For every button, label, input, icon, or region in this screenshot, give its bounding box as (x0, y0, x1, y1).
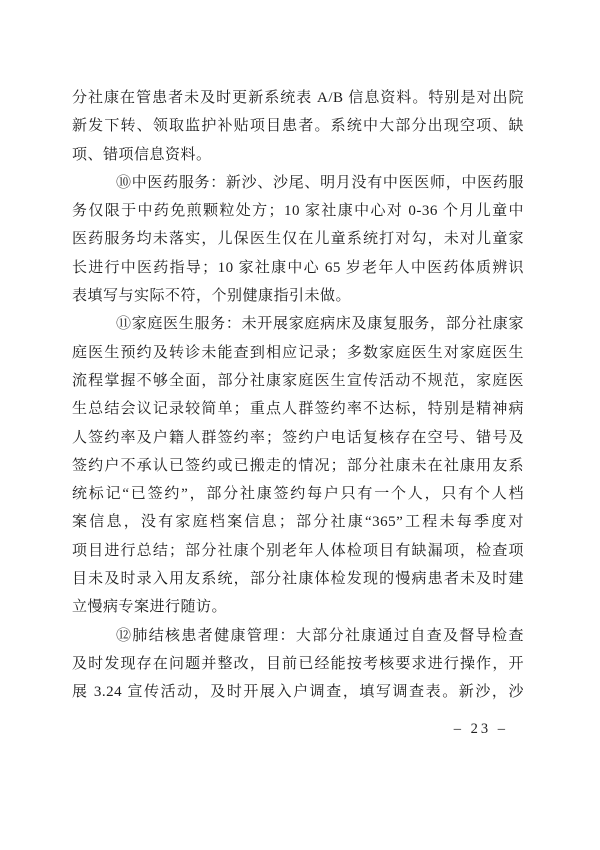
text-line: 医药服务均未落实，儿保医生仅在儿童系统打对勾，未对儿童家 (72, 225, 524, 253)
document-body: 分社康在管患者未及时更新系统表 A/B 信息资料。特别是对出院 新发下转、领取监… (72, 84, 524, 707)
text-line: 生总结会议记录较简单；重点人群签约率不达标，特别是精神病 (72, 395, 524, 423)
text-line: 流程掌握不够全面，部分社康家庭医生宣传活动不规范，家庭医 (72, 367, 524, 395)
text-line: 新发下转、领取监护补贴项目患者。系统中大部分出现空项、缺 (72, 112, 524, 140)
text-line: 表填写与实际不符，个别健康指引未做。 (72, 282, 524, 310)
page-footer: – 23 – (72, 720, 524, 738)
text-line: 展 3.24 宣传活动，及时开展入户调查，填写调查表。新沙，沙 (72, 678, 524, 706)
text-line: 目未及时录入用友系统，部分社康体检发现的慢病患者未及时建 (72, 565, 524, 593)
text-line-paragraph-start: ⑩中医药服务：新沙、沙尾、明月没有中医医师，中医药服 (72, 169, 524, 197)
text-line-paragraph-start: ⑫肺结核患者健康管理：大部分社康通过自查及督导检查 (72, 622, 524, 650)
text-line: 签约户不承认已签约或已搬走的情况；部分社康未在社康用友系 (72, 452, 524, 480)
text-line: 案信息，没有家庭档案信息；部分社康“365”工程未每季度对 (72, 508, 524, 536)
text-line: 人签约率及户籍人群签约率；签约户电话复核存在空号、错号及 (72, 424, 524, 452)
text-line: 立慢病专案进行随访。 (72, 593, 524, 621)
text-line: 长进行中医药指导；10 家社康中心 65 岁老年人中医药体质辨识 (72, 254, 524, 282)
text-line: 及时发现存在问题并整改，目前已经能按考核要求进行操作，开 (72, 650, 524, 678)
document-page: 分社康在管患者未及时更新系统表 A/B 信息资料。特别是对出院 新发下转、领取监… (0, 0, 600, 850)
page-number: – 23 – (454, 721, 508, 737)
text-line: 庭医生预约及转诊未能查到相应记录；多数家庭医生对家庭医生 (72, 339, 524, 367)
text-line: 项、错项信息资料。 (72, 141, 524, 169)
text-line-paragraph-start: ⑪家庭医生服务：未开展家庭病床及康复服务，部分社康家 (72, 310, 524, 338)
text-line: 务仅限于中药免煎颗粒处方；10 家社康中心对 0-36 个月儿童中 (72, 197, 524, 225)
text-line: 项目进行总结；部分社康个别老年人体检项目有缺漏项，检查项 (72, 537, 524, 565)
text-line: 统标记“已签约”，部分社康签约每户只有一个人，只有个人档 (72, 480, 524, 508)
text-line: 分社康在管患者未及时更新系统表 A/B 信息资料。特别是对出院 (72, 84, 524, 112)
